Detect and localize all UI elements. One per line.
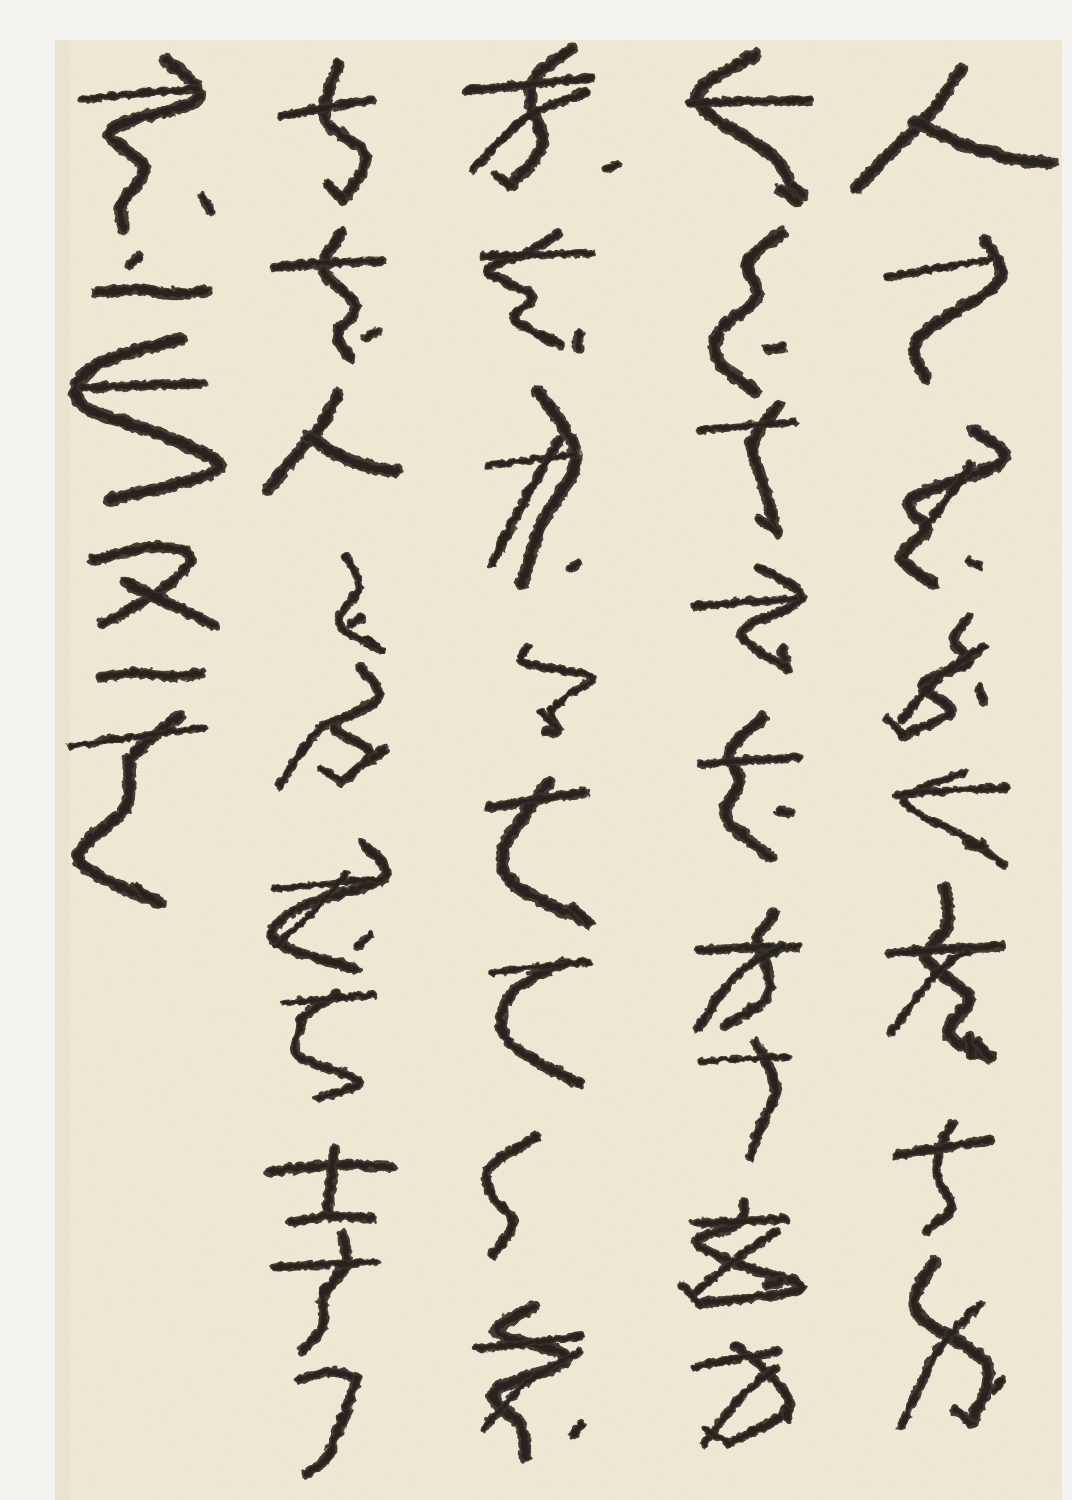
paper-texture <box>55 40 1062 1500</box>
calligraphy-character <box>100 668 200 679</box>
calligraphy-svg <box>0 0 1072 1500</box>
calligraphy-scan: 人習先急如霄電電 為雲乎雨弟阿苑戰拍 林妮雲空意鳥學時 意形人民捕捉的士發了 却… <box>0 0 1072 1500</box>
